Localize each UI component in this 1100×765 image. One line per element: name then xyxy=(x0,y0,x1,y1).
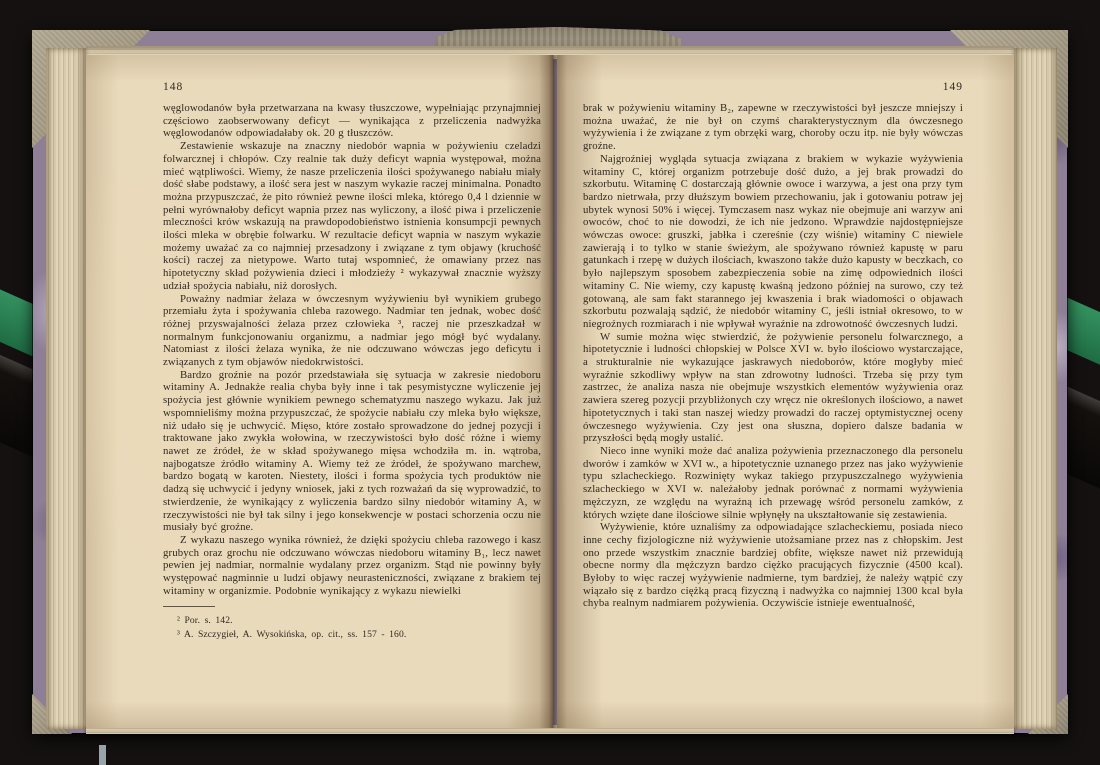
paragraph: W sumie można więc stwierdzić, że pożywi… xyxy=(583,331,963,445)
book-scan-scene: 148 węglowodanów była przetwarzana na kw… xyxy=(0,0,1100,765)
page-149: 149 brak w pożywieniu witaminy B₂, zapew… xyxy=(557,55,1014,728)
page-number-right: 149 xyxy=(583,81,963,93)
paragraph: Wyżywienie, które uznaliśmy za odpowiada… xyxy=(583,521,963,610)
paragraph: Bardzo groźnie na pozór przedstawiała si… xyxy=(163,369,541,534)
page-edges-left xyxy=(46,48,86,729)
page-149-text: brak w pożywieniu witaminy B₂, zapewne w… xyxy=(583,102,963,610)
paragraph: Najgroźniej wygląda sytuacja związana z … xyxy=(583,153,963,331)
footnote: ² Por. s. 142. xyxy=(163,614,541,627)
paragraph: Poważny nadmiar żelaza w ówczesnym wyżyw… xyxy=(163,293,541,369)
page-148: 148 węglowodanów była przetwarzana na kw… xyxy=(86,55,553,728)
paragraph: Z wykazu naszego wynika również, że dzię… xyxy=(163,534,541,598)
paragraph: brak w pożywieniu witaminy B₂, zapewne w… xyxy=(583,102,963,153)
cradle-mark xyxy=(99,745,106,765)
gutter-shadow xyxy=(539,55,567,728)
open-book: 148 węglowodanów była przetwarzana na kw… xyxy=(33,31,1067,733)
footnote-rule xyxy=(163,606,215,607)
paragraph: Nieco inne wyniki może dać analiza pożyw… xyxy=(583,445,963,521)
footnotes: ² Por. s. 142. ³ A. Szczygieł, A. Wysoki… xyxy=(163,606,541,640)
paragraph: Zestawienie wskazuje na znaczny niedobór… xyxy=(163,140,541,292)
page-edges-right xyxy=(1014,48,1057,729)
page-number-left: 148 xyxy=(163,81,541,93)
paragraph: węglowodanów była przetwarzana na kwasy … xyxy=(163,102,541,140)
footnote: ³ A. Szczygieł, A. Wysokińska, op. cit.,… xyxy=(163,628,541,641)
page-148-text: węglowodanów była przetwarzana na kwasy … xyxy=(163,102,541,641)
